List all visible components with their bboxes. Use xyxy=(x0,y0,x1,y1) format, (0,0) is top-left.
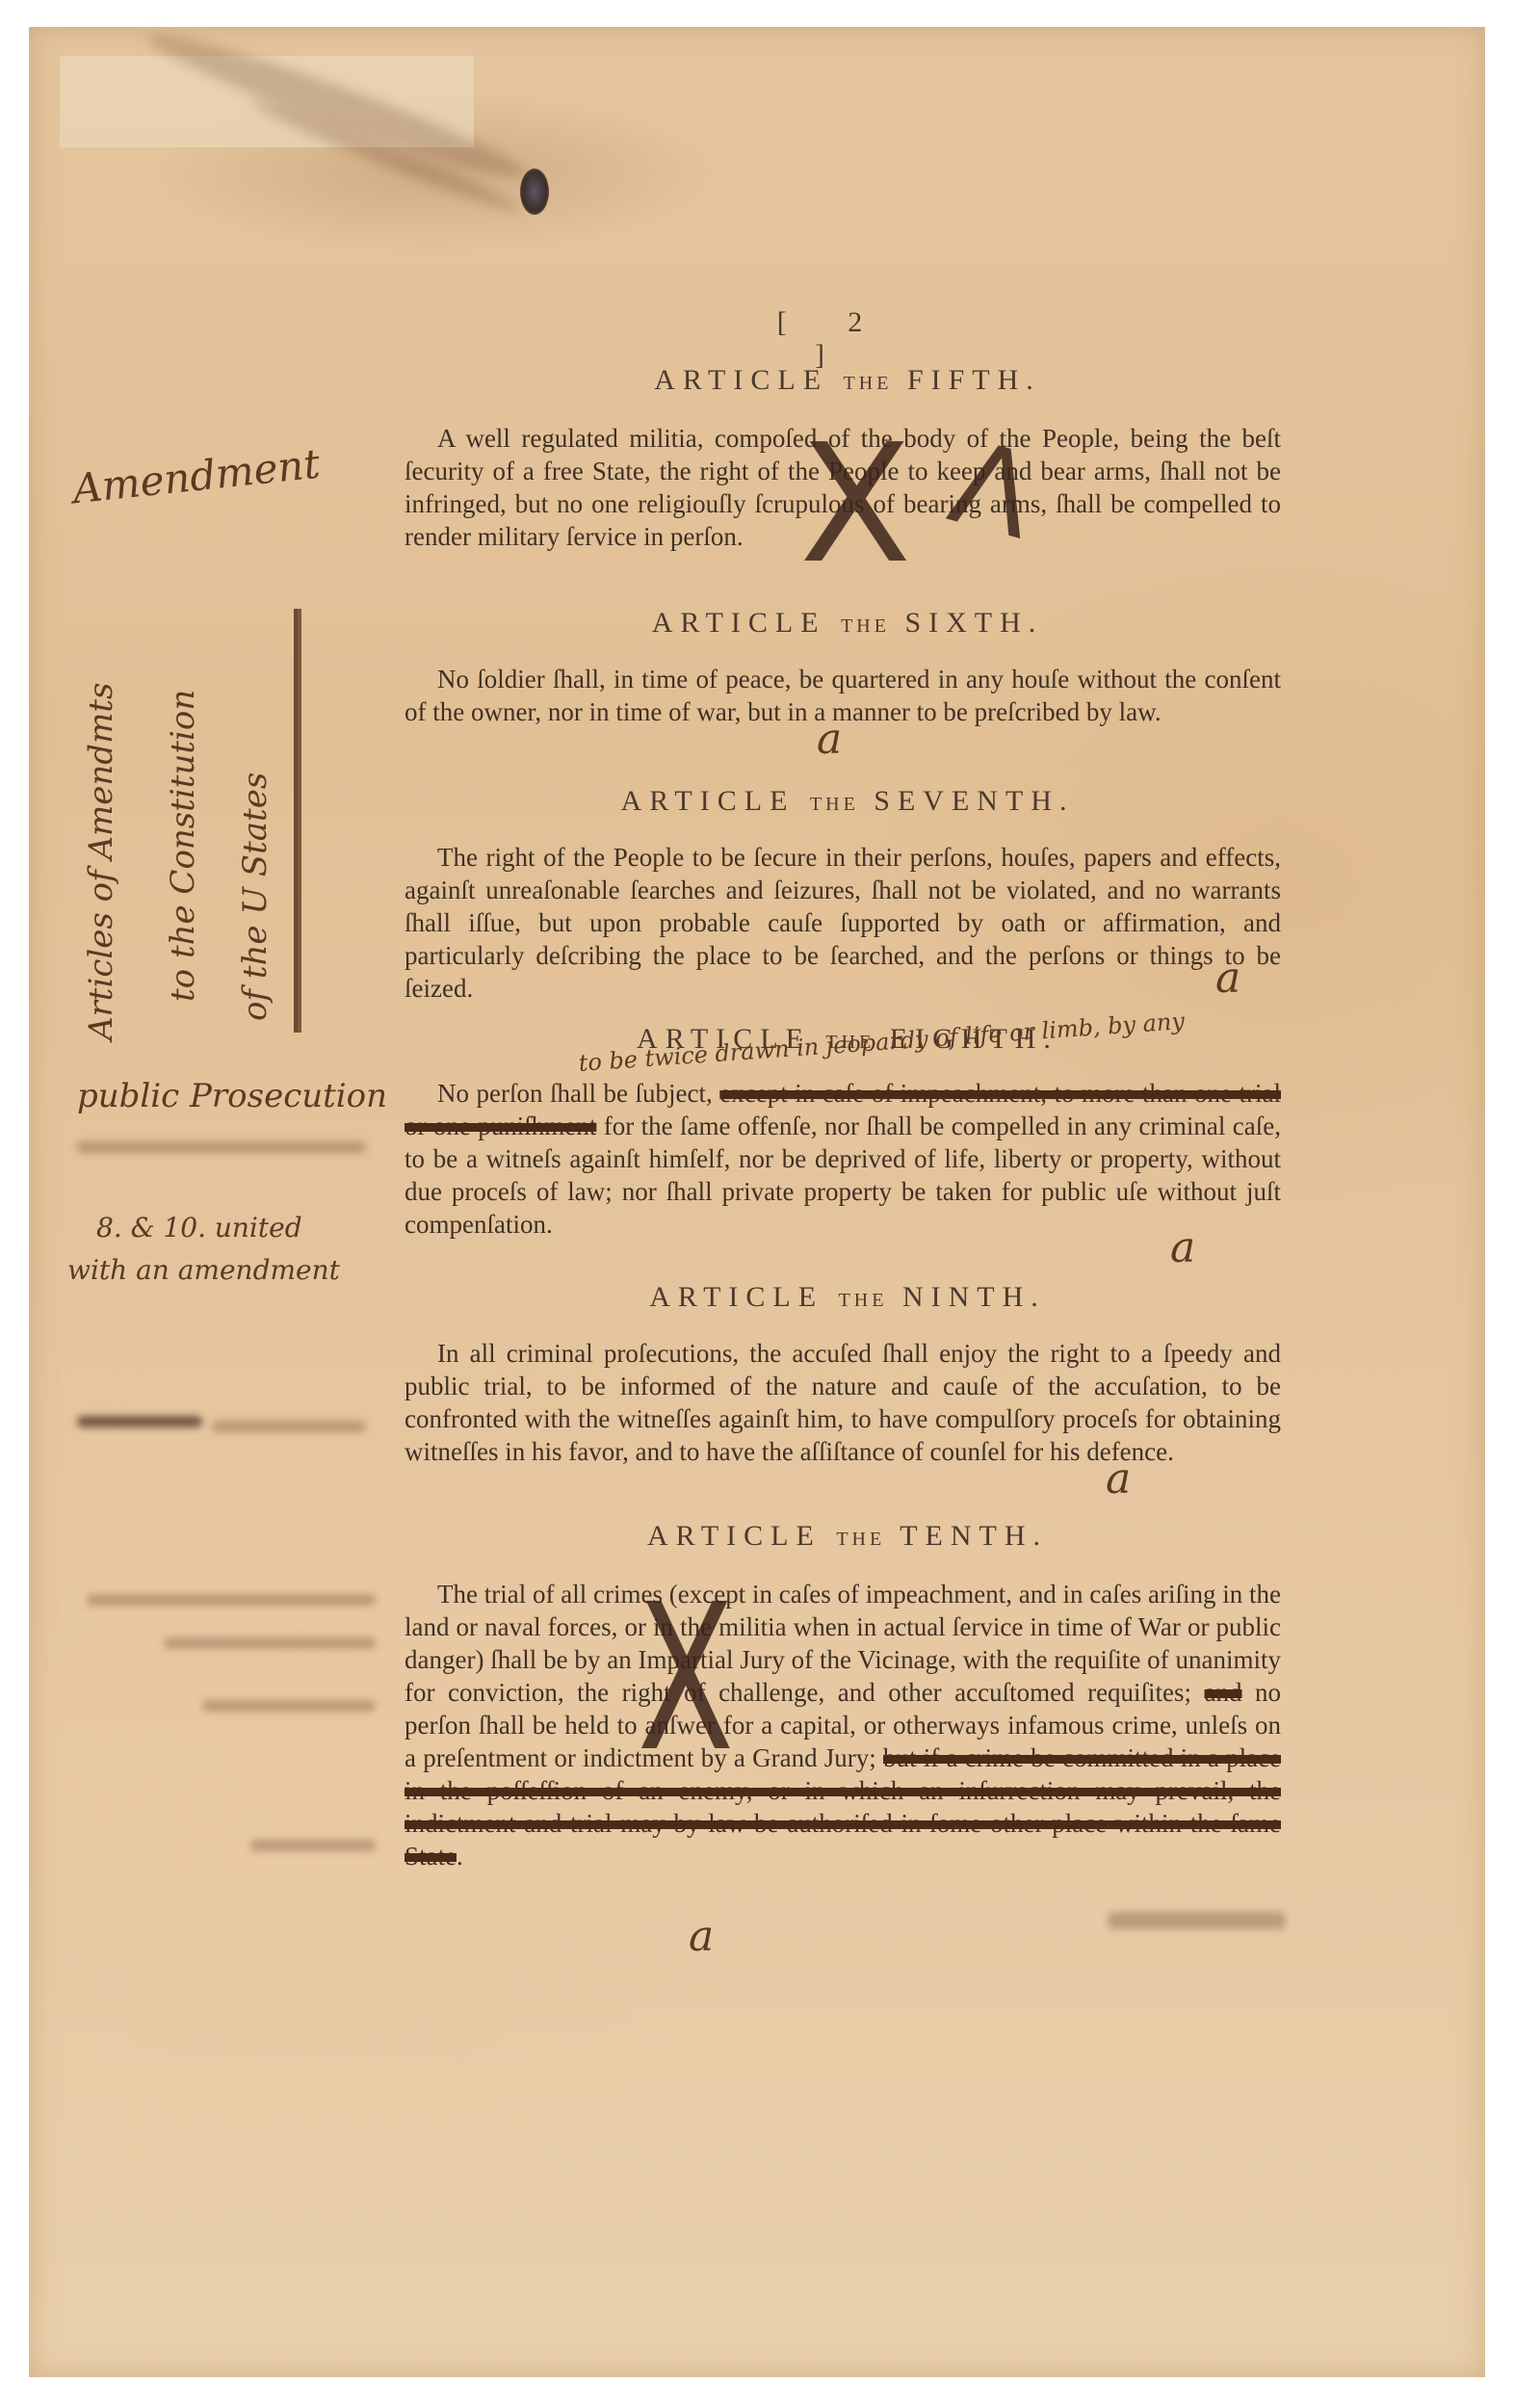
margin-note-amendment-2: with an amendment xyxy=(67,1254,340,1286)
ink-bleed xyxy=(212,1421,366,1432)
approval-mark: a xyxy=(1215,954,1240,1003)
approval-mark: a xyxy=(1106,1454,1131,1504)
ink-bleed xyxy=(250,1840,376,1851)
ink-bleed xyxy=(1108,1912,1286,1929)
ink-bleed xyxy=(77,1141,366,1153)
article-heading-seventh: ARTICLE THE SEVENTH. xyxy=(405,785,1291,818)
reject-x-mark: X xyxy=(799,409,911,600)
article-body-ninth: In all criminal proſecutions, the accuſe… xyxy=(405,1337,1281,1468)
article-body-seventh: The right of the People to be ſecure in … xyxy=(405,841,1281,1005)
margin-note-vertical-1: Articles of Amendmts xyxy=(82,683,120,1040)
page-number: [ 2 ] xyxy=(751,306,915,372)
article-heading-sixth: ARTICLE THE SIXTH. xyxy=(405,607,1291,640)
article-body-sixth: No ſoldier ſhall, in time of peace, be q… xyxy=(405,663,1281,728)
margin-underline-rule xyxy=(294,609,298,1033)
approval-mark: a xyxy=(689,1912,714,1961)
article-body-tenth: The trial of all crimes (except in caſes… xyxy=(405,1578,1281,1872)
margin-note-vertical-2: to the Constitution xyxy=(164,690,202,1002)
ink-bleed xyxy=(164,1637,376,1649)
struck-text: and xyxy=(1205,1678,1242,1707)
margin-note-vertical-3: of the U States xyxy=(236,772,274,1021)
ink-bleed xyxy=(77,1416,202,1427)
burn-mark xyxy=(520,169,549,215)
article-heading-fifth: ARTICLE THE FIFTH. xyxy=(405,364,1291,397)
margin-note-united: 8. & 10. united xyxy=(96,1212,302,1243)
approval-mark: a xyxy=(1170,1223,1195,1272)
article-heading-tenth: ARTICLE THE TENTH. xyxy=(405,1520,1291,1553)
article-heading-ninth: ARTICLE THE NINTH. xyxy=(405,1281,1291,1314)
ink-bleed xyxy=(202,1700,376,1712)
approval-mark: a xyxy=(817,715,842,764)
article-body-eighth: No perſon ſhall be ſubject, except in ca… xyxy=(405,1077,1281,1241)
ink-bleed xyxy=(87,1594,376,1606)
reject-x-mark: X xyxy=(638,1560,735,1796)
margin-note-public-prosecution: public Prosecution xyxy=(77,1077,387,1115)
